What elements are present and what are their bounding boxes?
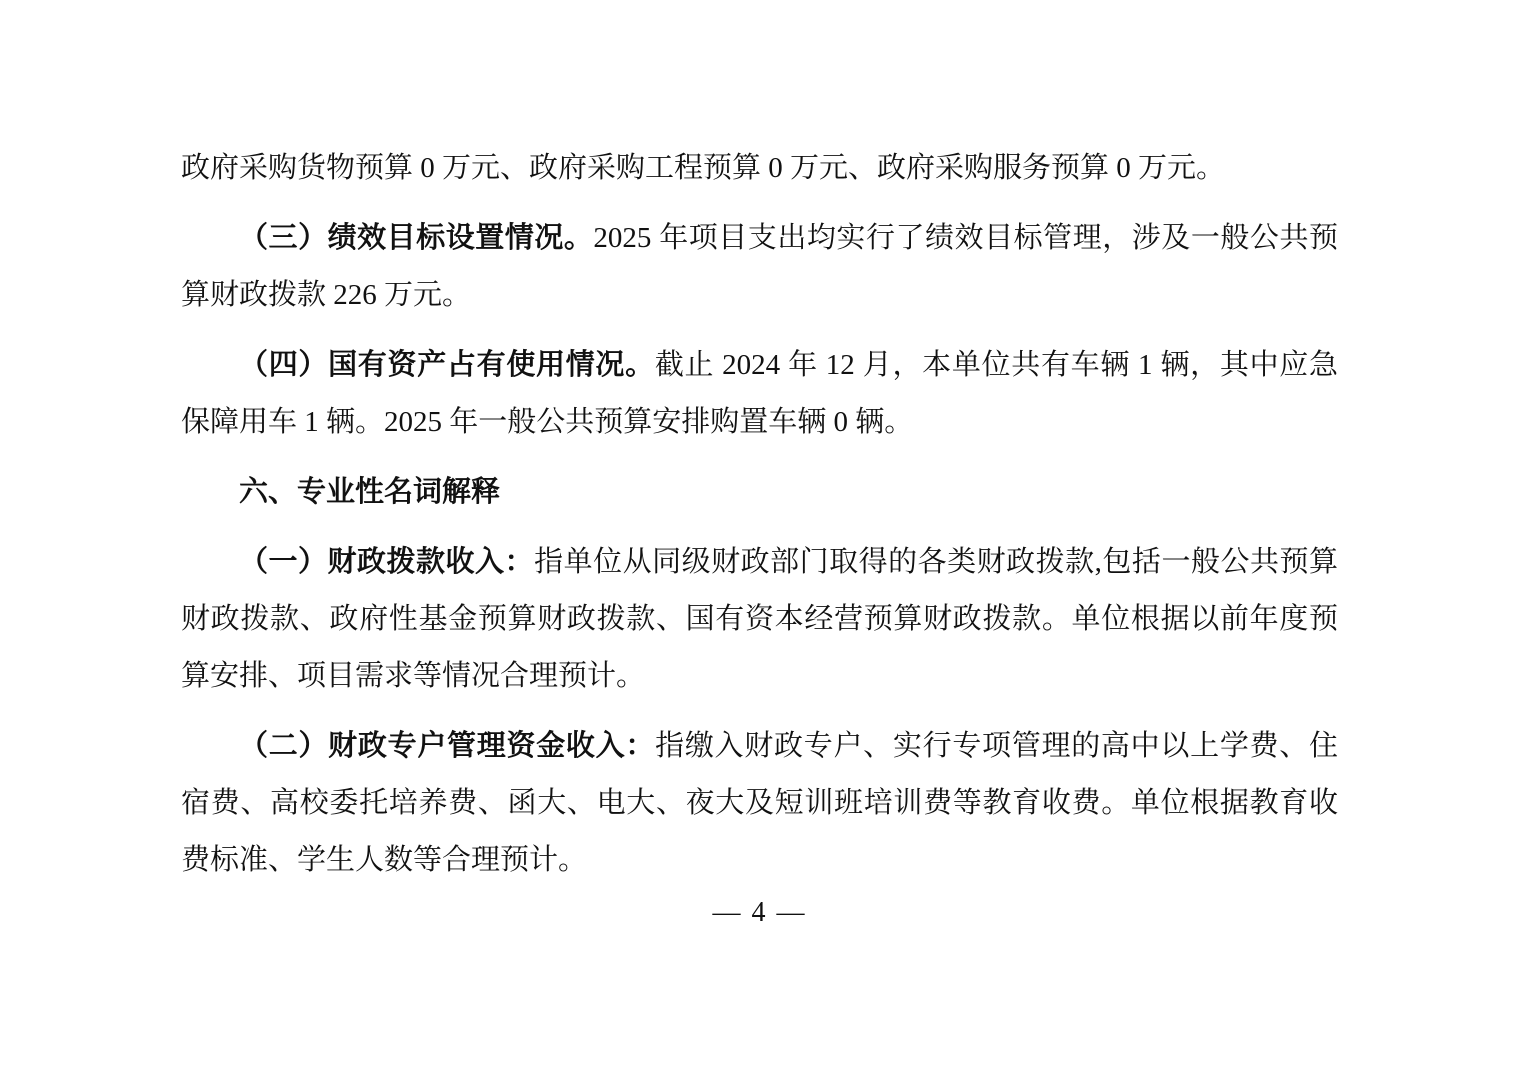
paragraph-performance-targets: （三）绩效目标设置情况。2025 年项目支出均实行了绩效目标管理，涉及一般公共预…: [181, 210, 1338, 324]
document-body: 政府采购货物预算 0 万元、政府采购工程预算 0 万元、政府采购服务预算 0 万…: [181, 140, 1338, 902]
paragraph-text: 政府采购货物预算 0 万元、政府采购工程预算 0 万元、政府采购服务预算 0 万…: [181, 152, 1225, 184]
paragraph-fiscal-appropriation-income: （一）财政拨款收入：指单位从同级财政部门取得的各类财政拨款,包括一般公共预算财政…: [181, 534, 1338, 705]
section-heading-terms: 六、专业性名词解释: [181, 464, 1338, 521]
paragraph-lead: （三）绩效目标设置情况。: [239, 222, 593, 254]
paragraph-special-account-income: （二）财政专户管理资金收入：指缴入财政专户、实行专项管理的高中以上学费、住宿费、…: [181, 718, 1338, 889]
paragraph-lead: （一）财政拨款收入：: [239, 546, 534, 578]
paragraph-lead: （四）国有资产占有使用情况。: [239, 349, 655, 381]
paragraph-state-assets: （四）国有资产占有使用情况。截止 2024 年 12 月，本单位共有车辆 1 辆…: [181, 337, 1338, 451]
page-number: — 4 —: [181, 884, 1338, 941]
paragraph-lead: （二）财政专户管理资金收入：: [239, 730, 655, 762]
document-page: 政府采购货物预算 0 万元、政府采购工程预算 0 万元、政府采购服务预算 0 万…: [0, 0, 1520, 1074]
paragraph-procurement-budget: 政府采购货物预算 0 万元、政府采购工程预算 0 万元、政府采购服务预算 0 万…: [181, 140, 1338, 197]
